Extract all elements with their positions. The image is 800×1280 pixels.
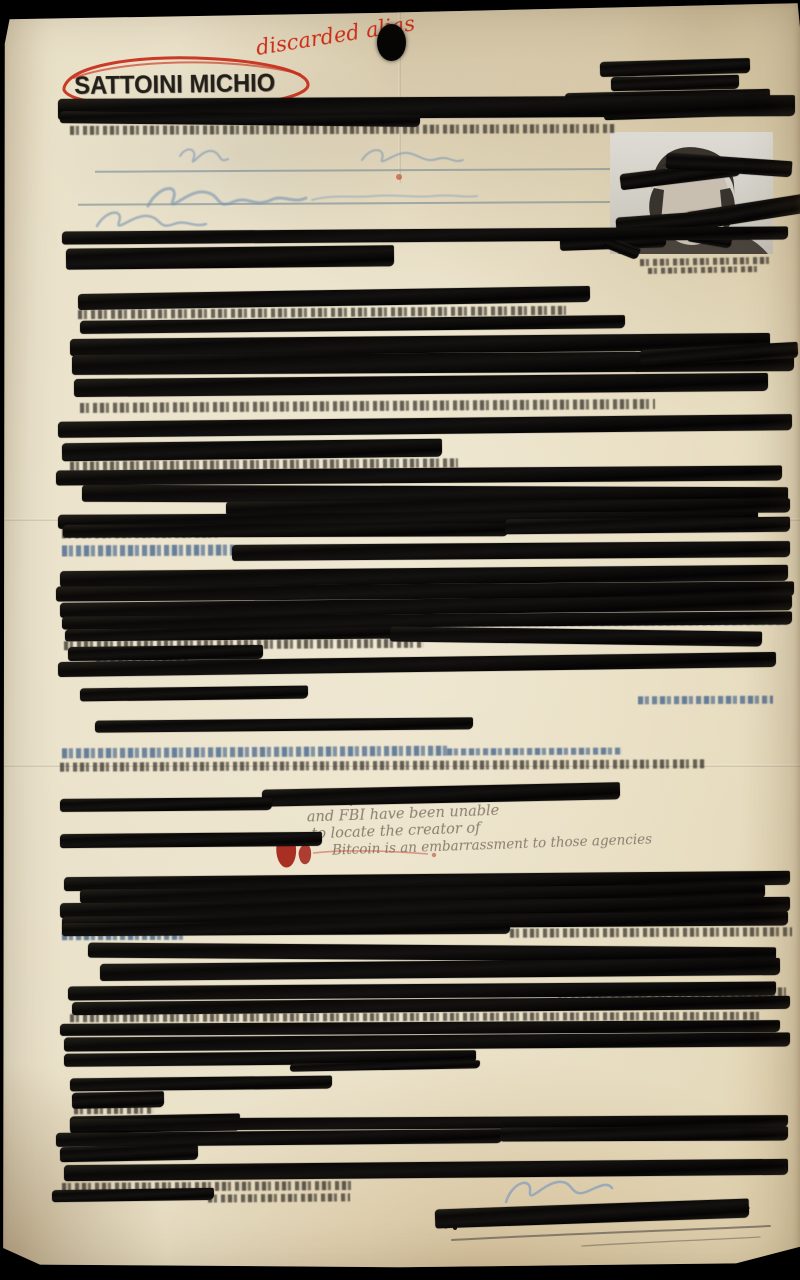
redaction-bar <box>611 75 739 91</box>
redaction-bar <box>95 717 473 732</box>
typed-text-fragment <box>62 545 234 557</box>
hole-punch <box>377 24 406 61</box>
typed-text-fragment <box>62 746 447 759</box>
redaction-bar <box>64 1032 790 1051</box>
redaction-bar <box>435 1199 749 1229</box>
redaction-bar <box>60 797 272 812</box>
paper-sheet: SATTOINI MICHIO INTERPOL discarded alias… <box>0 0 800 1280</box>
typed-text-fragment <box>638 696 773 705</box>
redaction-bar <box>66 245 394 269</box>
redaction-bar <box>60 832 322 848</box>
typed-text-fragment <box>80 399 655 413</box>
redaction-bar <box>56 1129 502 1147</box>
redaction-bar <box>505 517 790 534</box>
alias-name-text: SATTOINI MICHIO <box>74 69 275 101</box>
redaction-bar <box>232 541 790 561</box>
blue-form-handwriting <box>97 149 477 226</box>
typed-text-fragment <box>648 266 760 274</box>
redaction-bar <box>500 1126 788 1141</box>
typed-text-fragment <box>510 927 792 937</box>
redaction-bar <box>72 1091 164 1109</box>
redaction-bar <box>60 111 420 127</box>
typed-text-fragment <box>208 1193 350 1202</box>
redacted-dossier-scan: SATTOINI MICHIO INTERPOL discarded alias… <box>0 0 800 1280</box>
redaction-bar <box>58 414 792 438</box>
redaction-bar <box>390 626 762 646</box>
typed-text-fragment <box>640 257 772 266</box>
redaction-bar <box>60 1145 198 1162</box>
typed-text-fragment <box>447 748 622 756</box>
typed-text-fragment <box>60 759 705 771</box>
redaction-bar <box>64 1159 788 1181</box>
redaction-bar <box>52 1188 214 1202</box>
redaction-bar <box>63 523 508 538</box>
redaction-bar <box>70 1076 332 1092</box>
redaction-bar <box>62 921 510 936</box>
redaction-bar <box>62 439 442 462</box>
pencil-underline <box>452 1226 770 1246</box>
redaction-bar <box>80 686 308 702</box>
redaction-bar <box>100 958 780 981</box>
redaction-bar <box>74 373 768 397</box>
